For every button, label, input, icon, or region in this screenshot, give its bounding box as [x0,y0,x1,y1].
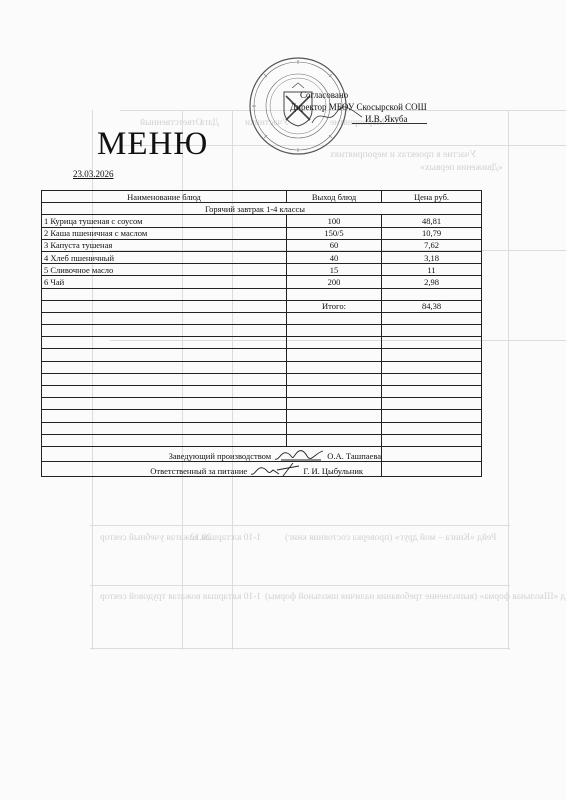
empty-row [42,288,482,300]
empty-row [42,337,482,349]
table-row: 5 Сливочное масло 15 11 [42,264,482,276]
dish-price: 48,81 [382,215,482,227]
empty-row [42,410,482,422]
bleed-text: старшая вожатая трудовой сектор [100,592,236,602]
dish-name: 4 Хлеб пшеничный [42,251,287,263]
dish-yield: 15 [287,264,382,276]
signature-row-nutrition: Ответственный за питание Г. И. Цыбульник [42,461,482,476]
production-head-name: О.А. Ташпаева [327,451,381,461]
page-title: МЕНЮ [97,126,208,163]
bleed-text: Участие в проектах и мероприятиях [330,150,476,160]
bleed-text: Рейд «Школьная форма» (выполнение требов… [265,592,566,602]
menu-table: Наименование блюд Выход блюд Цена руб. Г… [41,190,482,477]
dish-price: 11 [382,264,482,276]
empty-row [42,398,482,410]
empty-row [42,386,482,398]
nutrition-responsible-name: Г. И. Цыбульник [303,466,363,476]
director-signature-icon [310,105,365,127]
nutrition-responsible-role: Ответственный за питание [150,466,247,476]
column-header-price: Цена руб. [382,191,482,203]
section-row: Горячий завтрак 1-4 классы [42,203,482,215]
table-row: 4 Хлеб пшеничный 40 3,18 [42,251,482,263]
table-row: 1 Курица тушеная с соусом 100 48,81 [42,215,482,227]
signature-row-production: Заведующий производством О.А. Ташпаева [42,446,482,461]
dish-yield: 40 [287,251,382,263]
dish-name: 1 Курица тушеная с соусом [42,215,287,227]
dish-price: 7,62 [382,239,482,251]
nutrition-responsible-signature-icon [249,462,301,476]
dish-yield: 200 [287,276,382,288]
empty-row [42,434,482,446]
column-header-yield: Выход блюд [287,191,382,203]
empty-row [42,373,482,385]
table-header-row: Наименование блюд Выход блюд Цена руб. [42,191,482,203]
production-head-signature-icon [273,447,325,461]
dish-yield: 100 [287,215,382,227]
dish-yield: 60 [287,239,382,251]
dish-name: 6 Чай [42,276,287,288]
section-title: Горячий завтрак 1-4 классы [42,203,482,215]
bleed-text: 20.12 [190,533,211,543]
dish-name: 3 Капуста тушеная [42,239,287,251]
approval-label: Согласовано [300,89,427,101]
dish-price: 2,98 [382,276,482,288]
total-row: Итого: 84,38 [42,300,482,312]
bleed-text: «Движения первых» [420,163,503,173]
empty-row [42,361,482,373]
table-row: 3 Капуста тушеная 60 7,62 [42,239,482,251]
table-row: 2 Каша пшеничная с маслом 150/5 10,79 [42,227,482,239]
column-header-dish: Наименование блюд [42,191,287,203]
dish-name: 5 Сливочное масло [42,264,287,276]
empty-row [42,349,482,361]
production-head-role: Заведующий производством [169,451,272,461]
empty-row [42,312,482,324]
approval-block: Согласовано Директор МБОУ Скосырской СОШ… [290,89,427,125]
empty-row [42,422,482,434]
dish-price: 10,79 [382,227,482,239]
total-label: Итого: [287,300,382,312]
bleed-text: старшая вожатая учебный сектор [100,533,235,543]
bleed-text: Рейд «Книга – мой друг» (проверка состоя… [285,533,496,543]
total-value: 84,38 [382,300,482,312]
table-row: 6 Чай 200 2,98 [42,276,482,288]
dish-price: 3,18 [382,251,482,263]
dish-yield: 150/5 [287,227,382,239]
bleed-text: 1-10 кл [232,592,261,602]
menu-date: 23.03.2026 [73,169,114,179]
empty-row [42,325,482,337]
bleed-text: 1-10 кл [232,533,261,543]
dish-name: 2 Каша пшеничная с маслом [42,227,287,239]
